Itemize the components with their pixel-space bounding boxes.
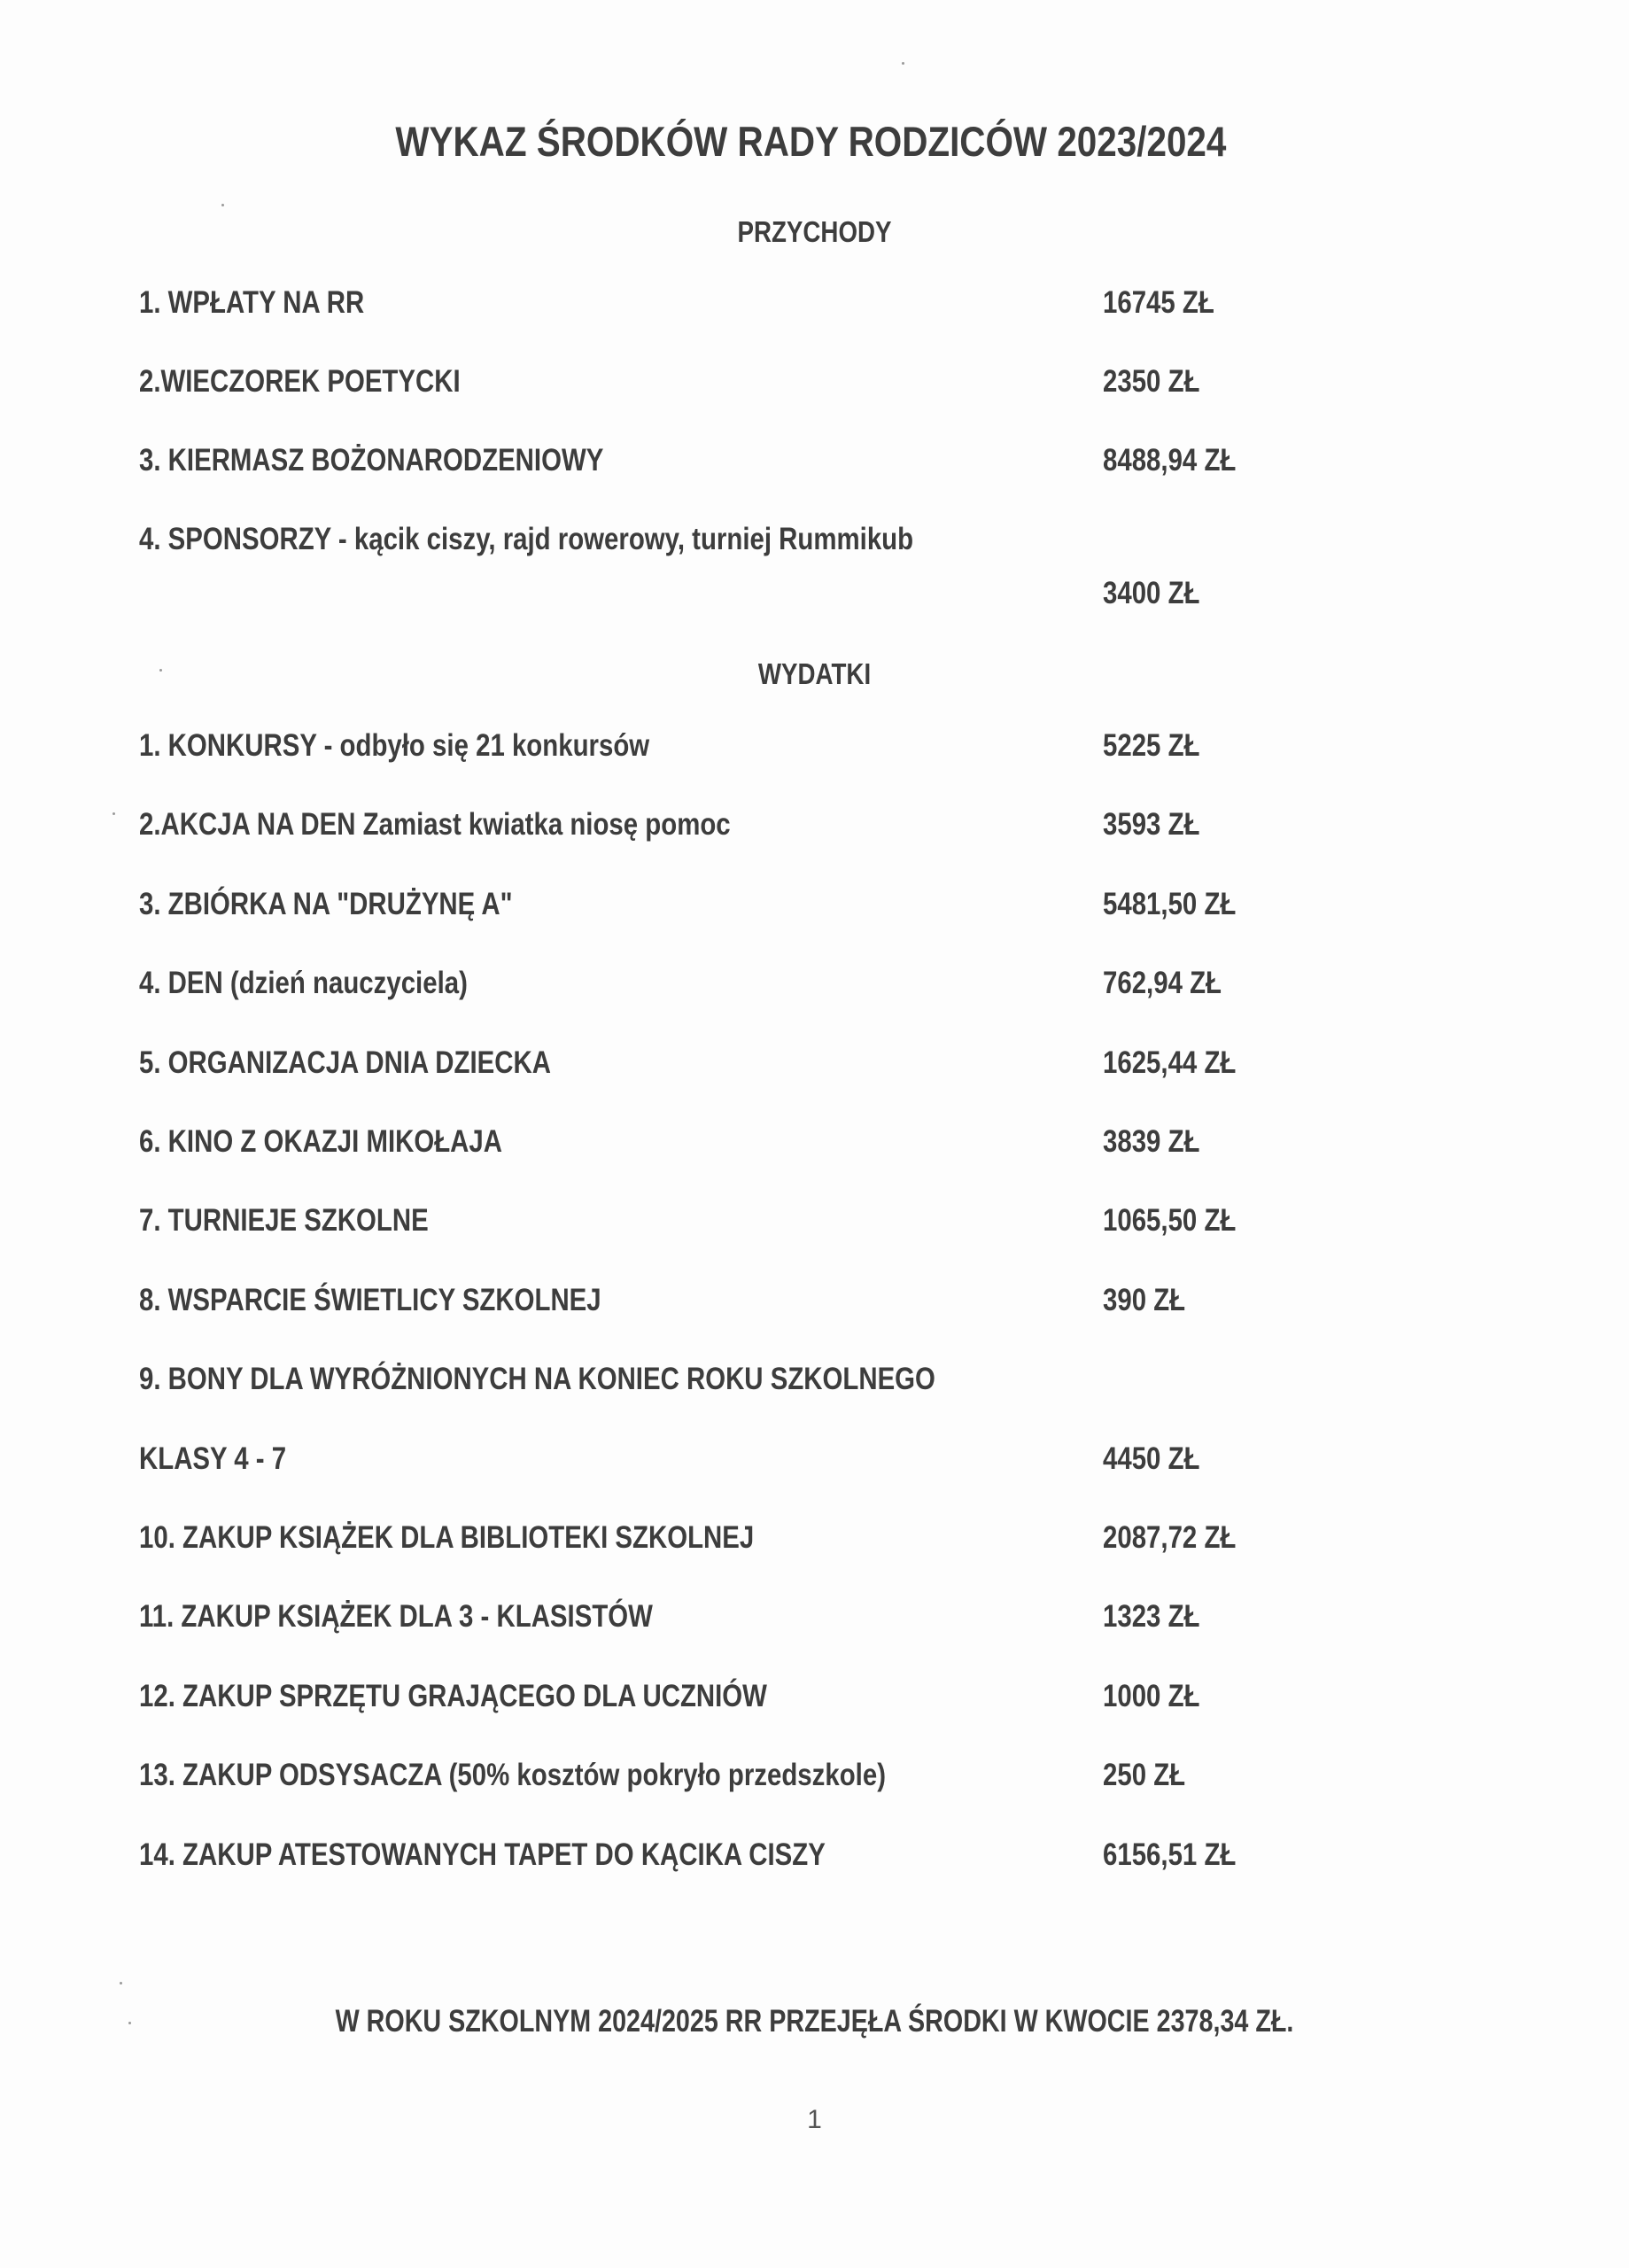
expense-row: 13. ZAKUP ODSYSACZA (50% kosztów pokryło… (139, 1758, 1629, 1797)
scan-speck (112, 812, 115, 815)
expense-amount: 390 ZŁ (1103, 1283, 1185, 1318)
income-row: 4. SPONSORZY - kącik ciszy, rajd rowerow… (139, 522, 1629, 561)
document-title: WYKAZ ŚRODKÓW RADY RODZICÓW 2023/2024 (111, 117, 1512, 166)
expense-row: 6. KINO Z OKAZJI MIKOŁAJA3839 ZŁ (139, 1124, 1629, 1163)
expense-label: 12. ZAKUP SPRZĘTU GRAJĄCEGO DLA UCZNIÓW (139, 1679, 767, 1714)
expense-row: 2.AKCJA NA DEN Zamiast kwiatka niosę pom… (139, 807, 1629, 846)
expense-amount: 2087,72 ZŁ (1103, 1520, 1236, 1556)
income-label: 2.WIECZOREK POETYCKI (139, 364, 461, 400)
income-amount: 2350 ZŁ (1103, 364, 1200, 400)
expenses-heading: WYDATKI (130, 657, 1499, 691)
expense-row: 7. TURNIEJE SZKOLNE1065,50 ZŁ (139, 1203, 1629, 1242)
income-label: 1. WPŁATY NA RR (139, 285, 364, 321)
expense-label: 5. ORGANIZACJA DNIA DZIECKA (139, 1045, 551, 1081)
expense-label: 11. ZAKUP KSIĄŻEK DLA 3 - KLASISTÓW (139, 1599, 653, 1635)
expense-amount: 3839 ZŁ (1103, 1124, 1200, 1160)
expense-row: 14. ZAKUP ATESTOWANYCH TAPET DO KĄCIKA C… (139, 1837, 1629, 1876)
carryover-note: W ROKU SZKOLNYM 2024/2025 RR PRZEJĘŁA ŚR… (147, 2004, 1483, 2039)
expense-row: 8. WSPARCIE ŚWIETLICY SZKOLNEJ390 ZŁ (139, 1283, 1629, 1322)
income-amount: 3400 ZŁ (1103, 576, 1200, 611)
scan-speck (128, 2022, 131, 2024)
expense-row: 12. ZAKUP SPRZĘTU GRAJĄCEGO DLA UCZNIÓW1… (139, 1679, 1629, 1718)
expense-amount: 5481,50 ZŁ (1103, 887, 1236, 922)
document-page: WYKAZ ŚRODKÓW RADY RODZICÓW 2023/2024 PR… (0, 0, 1629, 2268)
expense-amount: 762,94 ZŁ (1103, 966, 1222, 1001)
expense-amount: 1323 ZŁ (1103, 1599, 1200, 1635)
expense-row: 10. ZAKUP KSIĄŻEK DLA BIBLIOTEKI SZKOLNE… (139, 1520, 1629, 1559)
expense-amount: 3593 ZŁ (1103, 807, 1200, 843)
expense-row: 5. ORGANIZACJA DNIA DZIECKA1625,44 ZŁ (139, 1045, 1629, 1084)
expense-amount: 4450 ZŁ (1103, 1441, 1200, 1477)
expense-amount: 6156,51 ZŁ (1103, 1837, 1236, 1873)
scan-speck (221, 204, 224, 206)
scan-speck (902, 62, 904, 65)
expense-row: 1. KONKURSY - odbyło się 21 konkursów522… (139, 728, 1629, 767)
expense-row: 4. DEN (dzień nauczyciela)762,94 ZŁ (139, 966, 1629, 1005)
expense-row: 9. BONY DLA WYRÓŻNIONYCH NA KONIEC ROKU … (139, 1362, 1629, 1401)
expense-label: 6. KINO Z OKAZJI MIKOŁAJA (139, 1124, 502, 1160)
expense-row: 3. ZBIÓRKA NA "DRUŻYNĘ A"5481,50 ZŁ (139, 887, 1629, 926)
income-heading: PRZYCHODY (130, 215, 1499, 249)
income-label: 4. SPONSORZY - kącik ciszy, rajd rowerow… (139, 522, 913, 557)
income-row: 3. KIERMASZ BOŻONARODZENIOWY 8488,94 ZŁ (139, 443, 1629, 482)
expense-amount: 1625,44 ZŁ (1103, 1045, 1236, 1081)
expense-amount: 250 ZŁ (1103, 1758, 1185, 1793)
expense-label: 1. KONKURSY - odbyło się 21 konkursów (139, 728, 649, 764)
income-amount: 16745 ZŁ (1103, 285, 1214, 321)
expense-row: KLASY 4 - 74450 ZŁ (139, 1441, 1629, 1480)
income-label: 3. KIERMASZ BOŻONARODZENIOWY (139, 443, 603, 478)
expense-amount: 1000 ZŁ (1103, 1679, 1200, 1714)
expense-label: 14. ZAKUP ATESTOWANYCH TAPET DO KĄCIKA C… (139, 1837, 826, 1873)
income-row: 1. WPŁATY NA RR 16745 ZŁ (139, 285, 1629, 324)
scan-speck (120, 1982, 122, 1984)
expense-label: 10. ZAKUP KSIĄŻEK DLA BIBLIOTEKI SZKOLNE… (139, 1520, 754, 1556)
expense-label: KLASY 4 - 7 (139, 1441, 286, 1477)
income-amount: 8488,94 ZŁ (1103, 443, 1236, 478)
expense-label: 13. ZAKUP ODSYSACZA (50% kosztów pokryło… (139, 1758, 886, 1793)
expense-label: 4. DEN (dzień nauczyciela) (139, 966, 468, 1001)
scan-speck (159, 669, 162, 672)
expense-label: 2.AKCJA NA DEN Zamiast kwiatka niosę pom… (139, 807, 731, 843)
income-row: 2.WIECZOREK POETYCKI 2350 ZŁ (139, 364, 1629, 403)
expense-amount: 1065,50 ZŁ (1103, 1203, 1236, 1239)
expense-amount: 5225 ZŁ (1103, 728, 1200, 764)
expense-label: 8. WSPARCIE ŚWIETLICY SZKOLNEJ (139, 1283, 601, 1318)
expense-label: 3. ZBIÓRKA NA "DRUŻYNĘ A" (139, 887, 513, 922)
expense-label: 7. TURNIEJE SZKOLNE (139, 1203, 429, 1239)
page-number: 1 (0, 2105, 1629, 2135)
expense-row: 11. ZAKUP KSIĄŻEK DLA 3 - KLASISTÓW1323 … (139, 1599, 1629, 1638)
expense-label: 9. BONY DLA WYRÓŻNIONYCH NA KONIEC ROKU … (139, 1362, 935, 1397)
